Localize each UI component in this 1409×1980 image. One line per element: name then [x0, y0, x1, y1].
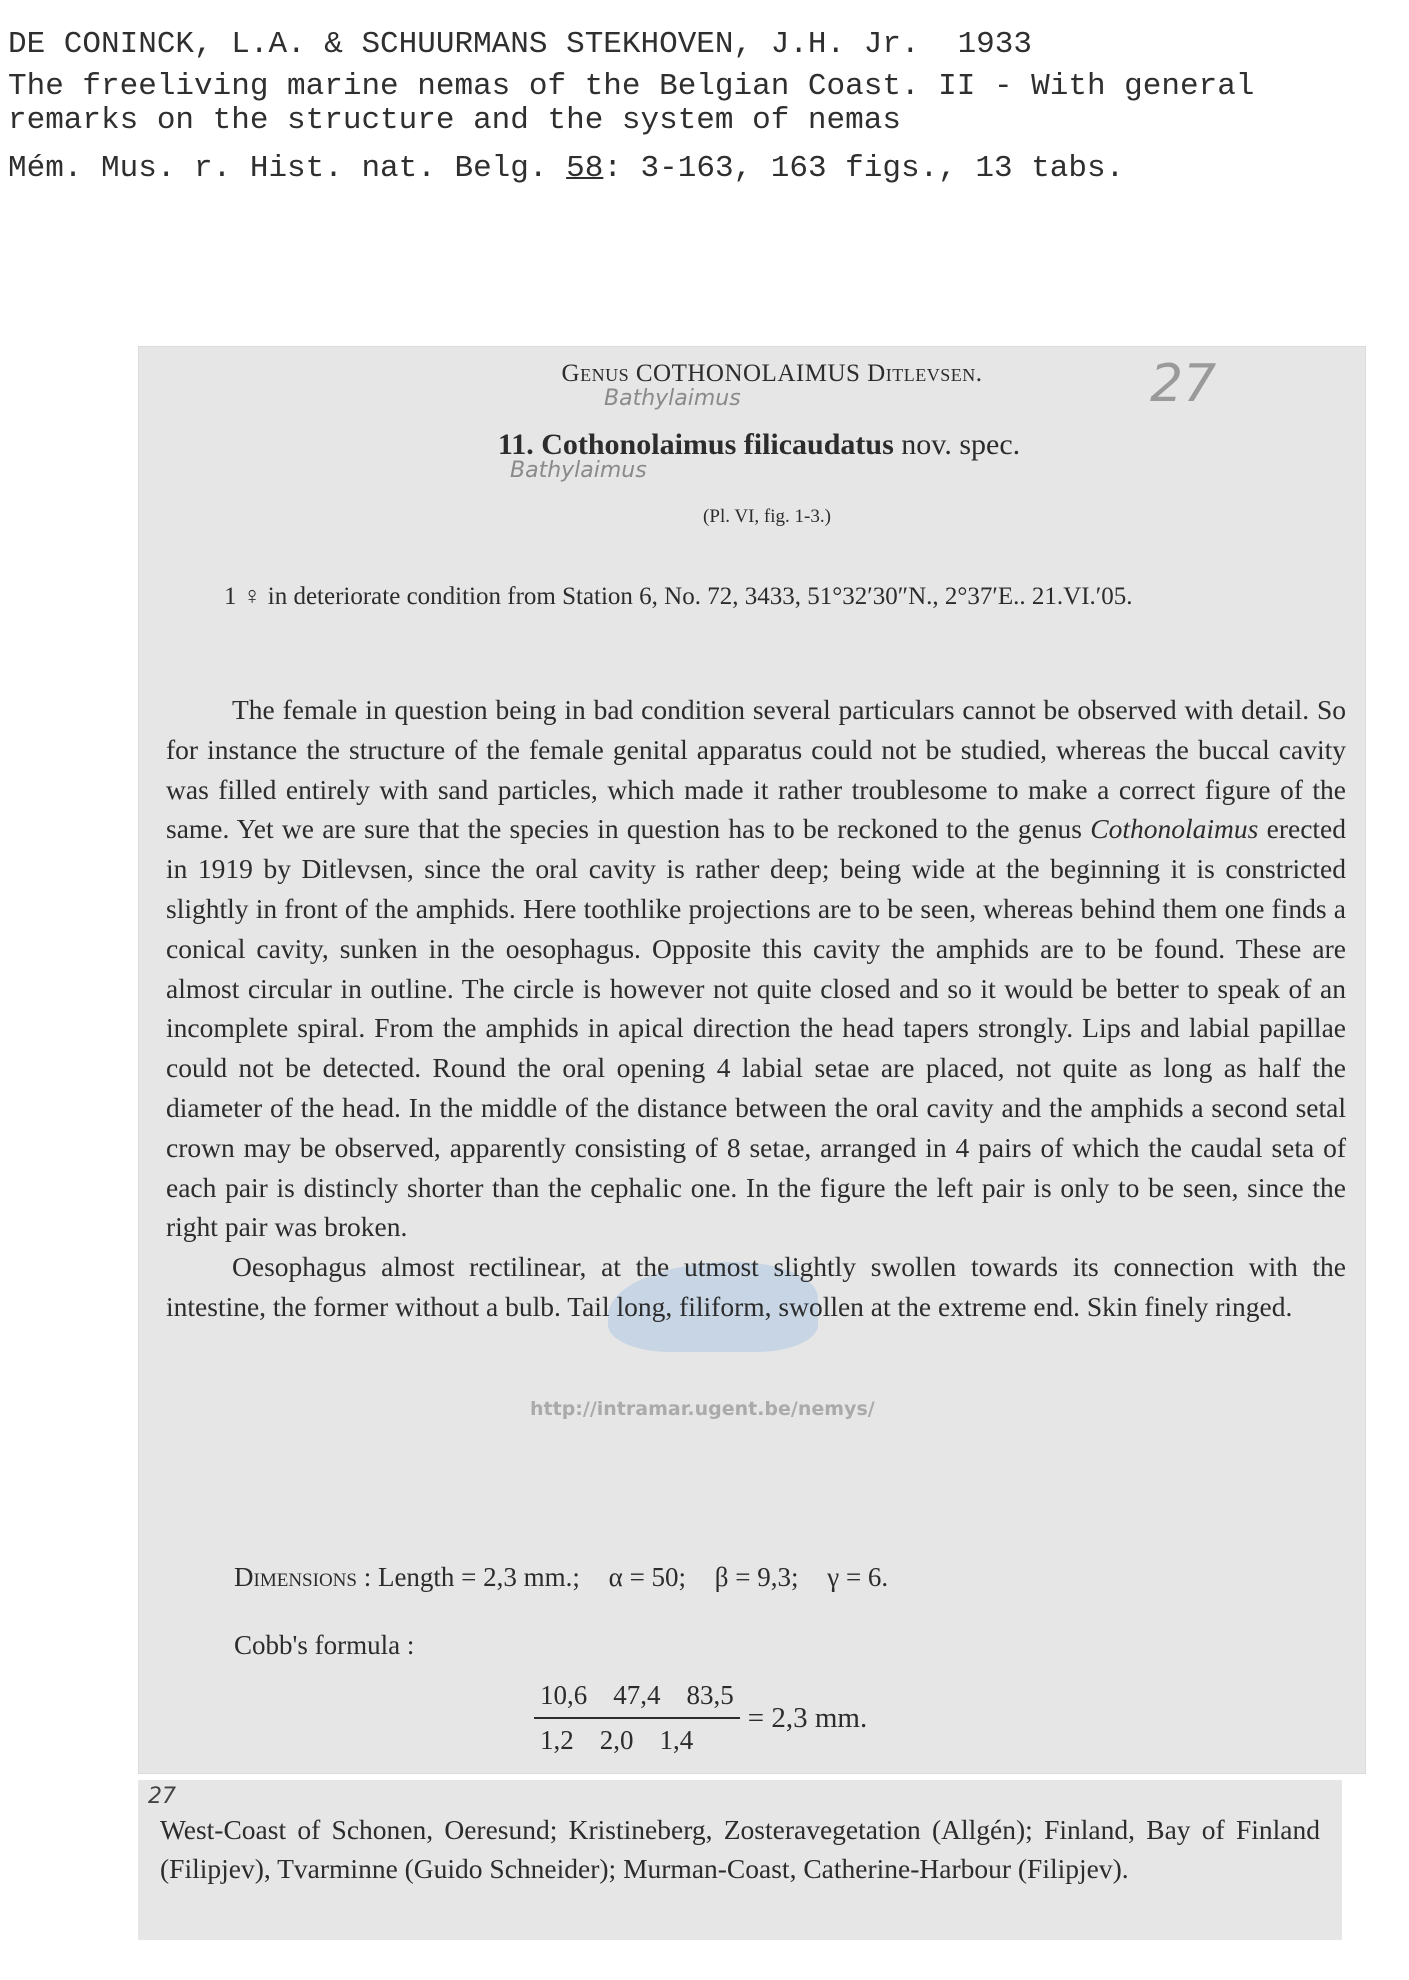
- description-body: The female in question being in bad cond…: [166, 690, 1346, 1327]
- main-clipping: Genus COTHONOLAIMUS Ditlevsen. Bathylaim…: [138, 346, 1366, 1774]
- genus-name: COTHONOLAIMUS: [636, 360, 861, 387]
- citation-authors-line: DE CONINCK, L.A. & SCHUURMANS STEKHOVEN,…: [8, 28, 1403, 62]
- species-number: 11.: [498, 428, 534, 461]
- plate-reference: (Pl. VI, fig. 1-3.): [138, 506, 1366, 528]
- formula-result: = 2,3 mm.: [748, 1702, 867, 1735]
- description-paragraph: Oesophagus almost rectilinear, at the ut…: [166, 1247, 1346, 1327]
- citation-year: 1933: [958, 27, 1032, 62]
- species-status: nov. spec.: [901, 428, 1020, 461]
- numerator: 83,5: [687, 1680, 734, 1711]
- handwritten-genus-note: Bathylaimus: [604, 386, 741, 411]
- dimension-alpha: α = 50;: [609, 1562, 686, 1592]
- handwritten-page-number: 27: [1150, 354, 1216, 414]
- journal-volume: 58: [566, 151, 603, 186]
- watermark-url: http://intramar.ugent.be/nemys/: [530, 1398, 875, 1420]
- distribution-clipping: 27 West-Coast of Schonen, Oeresund; Kris…: [138, 1780, 1342, 1940]
- formula-fraction: 10,6 47,4 83,5 1,2 2,0 1,4: [534, 1680, 740, 1756]
- formula-numerators: 10,6 47,4 83,5: [534, 1680, 740, 1719]
- handwritten-distribution-note: 27: [148, 1784, 176, 1809]
- numerator: 47,4: [613, 1680, 660, 1711]
- cobb-formula-label: Cobb's formula :: [234, 1630, 414, 1661]
- citation-journal: Mém. Mus. r. Hist. nat. Belg. 58: 3-163,…: [8, 152, 1403, 186]
- dimensions-line: Dimensions : Length = 2,3 mm.; α = 50; β…: [234, 1562, 888, 1593]
- dimension-beta: β = 9,3;: [715, 1562, 799, 1592]
- citation-title-line1: The freeliving marine nemas of the Belgi…: [8, 70, 1403, 104]
- dimension-length: : Length = 2,3 mm.;: [364, 1562, 580, 1592]
- citation-title-line2: remarks on the structure and the system …: [8, 104, 1403, 138]
- dimensions-label: Dimensions: [234, 1562, 357, 1592]
- genus-author: Ditlevsen.: [867, 360, 982, 387]
- material-examined: 1 ♀ in deteriorate condition from Statio…: [160, 578, 1350, 616]
- handwritten-species-note: Bathylaimus: [510, 458, 647, 483]
- genus-prefix: Genus: [562, 360, 630, 387]
- denominator: 1,4: [660, 1725, 694, 1756]
- citation-header: DE CONINCK, L.A. & SCHUURMANS STEKHOVEN,…: [8, 28, 1403, 186]
- description-paragraph: The female in question being in bad cond…: [166, 690, 1346, 1247]
- citation-authors: DE CONINCK, L.A. & SCHUURMANS STEKHOVEN,…: [8, 27, 920, 62]
- formula-denominators: 1,2 2,0 1,4: [534, 1719, 740, 1756]
- denominator: 2,0: [600, 1725, 634, 1756]
- dimension-gamma: γ = 6.: [827, 1562, 888, 1592]
- species-heading: 11. Cothonolaimus filicaudatus nov. spec…: [138, 428, 1366, 462]
- species-name: Cothonolaimus filicaudatus: [541, 428, 894, 461]
- journal-name: Mém. Mus. r. Hist. nat. Belg.: [8, 151, 548, 186]
- numerator: 10,6: [540, 1680, 587, 1711]
- paragraph-text: erected in 1919 by Ditlevsen, since the …: [166, 813, 1346, 1242]
- denominator: 1,2: [540, 1725, 574, 1756]
- journal-pages: : 3-163, 163 figs., 13 tabs.: [603, 151, 1124, 186]
- cobb-formula: 10,6 47,4 83,5 1,2 2,0 1,4 = 2,3 mm.: [534, 1680, 867, 1756]
- genus-italic: Cothonolaimus: [1090, 813, 1258, 844]
- distribution-text: West-Coast of Schonen, Oeresund; Kristin…: [160, 1810, 1320, 1888]
